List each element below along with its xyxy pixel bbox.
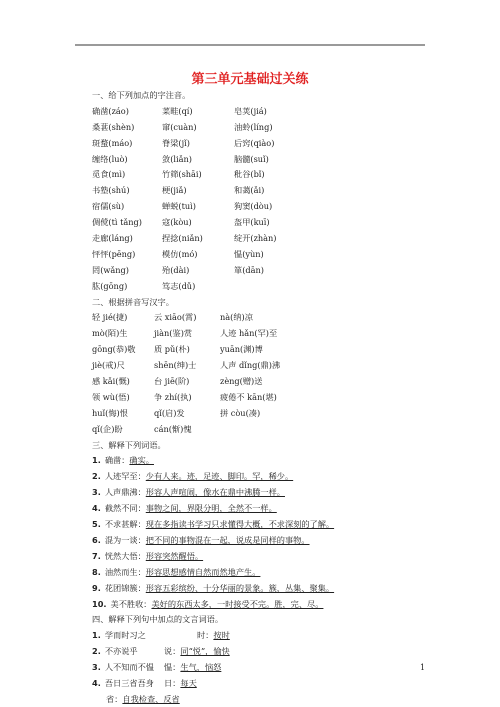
classical-item: 3.人不知而不愠愠：生气，恼怒 xyxy=(92,660,432,676)
section3-items: 1.确凿：确实。2.人迹罕至：少有人来。迹，足迹、脚印。罕，稀少。3.人声鼎沸：… xyxy=(92,453,432,612)
pinyin-row: 宿儒(sù)蝉蜕(tuì)狗窦(dòu) xyxy=(92,199,432,215)
header-rule xyxy=(75,44,425,46)
pinyin-cell: 菜畦(qí) xyxy=(162,104,193,120)
hanzi-row: 轻 jié(捷)云 xiāo(霄)nà(纳)凉 xyxy=(92,310,432,326)
definition: 形容五彩缤纷、十分华丽的景象。簇，丛集、聚集。 xyxy=(146,583,334,593)
word-explanation: 省：自我检查、反省 xyxy=(106,692,180,707)
pinyin-cell: 罔(wǎng) xyxy=(92,263,129,279)
pinyin-cell: 油蛉(líng) xyxy=(234,120,273,136)
item-number: 7. xyxy=(92,551,101,561)
pinyin-cell: 箪(dān) xyxy=(234,263,264,279)
pinyin-cell: 殆(dài) xyxy=(162,263,189,279)
hanzi-row: jiè(戒)尺shēn(绅)士人声 dǐng(鼎)沸 xyxy=(92,358,432,374)
item-number: 9. xyxy=(92,583,101,593)
item-number: 2. xyxy=(92,471,101,481)
definition: 事物之间，界限分明，全然不一样。 xyxy=(146,503,277,513)
hanzi-cell: 轻 jié(捷) xyxy=(92,310,127,326)
hanzi-cell: 疲倦不 kān(堪) xyxy=(220,390,277,406)
pinyin-row: 怦怦(pēng)模仿(mó)愠(yùn) xyxy=(92,247,432,263)
definition: 把不同的事物混在一起，说成是同样的事物。 xyxy=(146,535,310,545)
hanzi-cell: 云 xiāo(霄) xyxy=(154,310,196,326)
item-number: 4. xyxy=(92,678,101,688)
hanzi-cell: qǐ(企)盼 xyxy=(92,422,123,438)
classical-item: 2.不亦说乎说：同“悦”，愉快 xyxy=(92,644,432,660)
pinyin-cell: 敛(liǎn) xyxy=(162,152,192,168)
term: 混为一谈： xyxy=(105,535,146,545)
term: 花团锦簇： xyxy=(105,583,146,593)
item-number: 8. xyxy=(92,567,101,577)
pinyin-cell: 盔甲(kuī) xyxy=(234,215,270,231)
pinyin-cell: 宿儒(sù) xyxy=(92,199,124,215)
meaning: 每天 xyxy=(180,678,196,688)
definition-item: 1.确凿：确实。 xyxy=(92,453,432,469)
section4-items: 1.学而时习之时：按时2.不亦说乎说：同“悦”，愉快3.人不知而不愠愠：生气，恼… xyxy=(92,628,432,707)
pinyin-cell: 捏捻(niǎn) xyxy=(162,231,203,247)
page-number: 1 xyxy=(420,663,425,672)
hanzi-cell: 台 jiē(阶) xyxy=(154,374,189,390)
term: 确凿： xyxy=(105,455,130,465)
pinyin-cell: 桑葚(shèn) xyxy=(92,120,134,136)
pinyin-row: 缠络(luò)敛(liǎn)脑髓(suǐ) xyxy=(92,152,432,168)
hanzi-cell: huǐ(悔)恨 xyxy=(92,406,128,422)
item-number: 3. xyxy=(92,487,101,497)
sentence: 人不知而不愠 xyxy=(105,662,154,672)
pinyin-cell: 倜傥(tì tǎng) xyxy=(92,215,142,231)
pinyin-cell: 秕谷(bǐ) xyxy=(234,167,265,183)
hanzi-cell: 人声 dǐng(鼎)沸 xyxy=(220,358,280,374)
term: 油然而生： xyxy=(105,567,146,577)
page-title: 第三单元基础过关练 xyxy=(0,68,500,87)
meaning: 自我检查、反省 xyxy=(122,694,179,704)
word: 愠： xyxy=(164,662,180,672)
pinyin-cell: 模仿(mó) xyxy=(162,247,197,263)
pinyin-cell: 书塾(shú) xyxy=(92,183,130,199)
section1-rows: 确凿(záo)菜畦(qí)皂荚(jiá)桑葚(shèn)窜(cuàn)油蛉(lí… xyxy=(92,104,432,295)
pinyin-cell: 缠络(luò) xyxy=(92,152,128,168)
hanzi-row: 领 wù(悟)争 zhí(执)疲倦不 kān(堪) xyxy=(92,390,432,406)
pinyin-cell: 斑蝥(máo) xyxy=(92,136,132,152)
section4-heading: 四、解释下列句中加点的文言词语。 xyxy=(92,612,432,628)
hanzi-cell: 拼 còu(凑) xyxy=(220,406,260,422)
hanzi-cell: yuān(渊)博 xyxy=(220,342,263,358)
pinyin-cell: 和蔼(ǎi) xyxy=(234,183,264,199)
definition: 形容人声喧闹，像水在鼎中沸腾一样。 xyxy=(146,487,285,497)
pinyin-cell: 脑髓(suǐ) xyxy=(234,152,269,168)
pinyin-cell: 竹筛(shāi) xyxy=(162,167,202,183)
item-number: 10. xyxy=(92,599,107,609)
pinyin-row: 走廊(láng)捏捻(niǎn)绽开(zhàn) xyxy=(92,231,432,247)
item-number: 6. xyxy=(92,535,101,545)
pinyin-row: 倜傥(tì tǎng)寇(kòu)盔甲(kuī) xyxy=(92,215,432,231)
hanzi-cell: shēn(绅)士 xyxy=(154,358,196,374)
hanzi-row: huǐ(悔)恨qǐ(启)发拼 còu(凑) xyxy=(92,406,432,422)
definition: 少有人来。迹，足迹、脚印。罕，稀少。 xyxy=(146,471,293,481)
item-number: 3. xyxy=(92,662,101,672)
classical-item: 1.学而时习之时：按时 xyxy=(92,628,432,644)
hanzi-row: 感 kǎi(慨)台 jiē(阶)zèng(赠)送 xyxy=(92,374,432,390)
definition-item: 2.人迹罕至：少有人来。迹，足迹、脚印。罕，稀少。 xyxy=(92,469,432,485)
word: 时： xyxy=(197,630,213,640)
pinyin-row: 觅食(mì)竹筛(shāi)秕谷(bǐ) xyxy=(92,167,432,183)
definition-item: 10.美不胜收：美好的东西太多，一时接受不完。胜，完、尽。 xyxy=(92,597,432,613)
hanzi-cell: zèng(赠)送 xyxy=(220,374,262,390)
definition: 确实。 xyxy=(129,455,154,465)
definition-item: 4.截然不同：事物之间，界限分明，全然不一样。 xyxy=(92,501,432,517)
hanzi-cell: 争 zhí(执) xyxy=(154,390,192,406)
hanzi-cell: 感 kǎi(慨) xyxy=(92,374,130,390)
pinyin-cell: 脊梁(jǐ) xyxy=(162,136,190,152)
word: 说： xyxy=(164,646,180,656)
term: 美不胜收： xyxy=(111,599,152,609)
pinyin-cell: 蝉蜕(tuì) xyxy=(162,199,196,215)
word-explanation: 愠：生气，恼怒 xyxy=(164,660,221,676)
hanzi-cell: 质 pǔ(朴) xyxy=(154,342,190,358)
pinyin-cell: 绽开(zhàn) xyxy=(234,231,277,247)
pinyin-cell: 狗窦(dòu) xyxy=(234,199,272,215)
item-number: 5. xyxy=(92,519,101,529)
definition-item: 9.花团锦簇：形容五彩缤纷、十分华丽的景象。簇，丛集、聚集。 xyxy=(92,581,432,597)
sentence: 吾日三省吾身 xyxy=(105,678,154,688)
hanzi-cell: cán(惭)愧 xyxy=(154,422,192,438)
pinyin-cell: 怦怦(pēng) xyxy=(92,247,135,263)
definition-item: 7.恍然大悟：形容突然醒悟。 xyxy=(92,549,432,565)
pinyin-row: 桑葚(shèn)窜(cuàn)油蛉(líng) xyxy=(92,120,432,136)
pinyin-row: 肱(gōng)笃志(dǔ) xyxy=(92,279,432,295)
pinyin-cell: 窜(cuàn) xyxy=(162,120,197,136)
hanzi-cell: 领 wù(悟) xyxy=(92,390,130,406)
hanzi-cell: mò(陌)生 xyxy=(92,326,127,342)
definition-item: 6.混为一谈：把不同的事物混在一起，说成是同样的事物。 xyxy=(92,533,432,549)
term: 人声鼎沸： xyxy=(105,487,146,497)
item-number: 1. xyxy=(92,455,101,465)
definition: 美好的东西太多，一时接受不完。胜，完、尽。 xyxy=(151,599,323,609)
definition: 现在多指读书学习只求懂得大概，不求深刻的了解。 xyxy=(146,519,334,529)
pinyin-cell: 觅食(mì) xyxy=(92,167,125,183)
sentence: 不亦说乎 xyxy=(105,646,138,656)
section2-rows: 轻 jié(捷)云 xiāo(霄)nà(纳)凉mò(陌)生jiàn(鉴)赏人迹 … xyxy=(92,310,432,437)
pinyin-cell: 梗(jiǎ) xyxy=(162,183,187,199)
word-explanation: 说：同“悦”，愉快 xyxy=(164,644,230,660)
hanzi-cell: jiàn(鉴)赏 xyxy=(154,326,192,342)
term: 人迹罕至： xyxy=(105,471,146,481)
word: 省： xyxy=(106,694,122,704)
sentence: 学而时习之 xyxy=(105,630,146,640)
definition: 形容思想感情自然而然地产生。 xyxy=(146,567,261,577)
pinyin-row: 斑蝥(máo)脊梁(jǐ)后窍(qiào) xyxy=(92,136,432,152)
hanzi-cell: nà(纳)凉 xyxy=(220,310,253,326)
classical-item: 省：自我检查、反省 xyxy=(92,692,432,707)
section1-heading: 一、给下列加点的字注音。 xyxy=(92,88,432,104)
section3-heading: 三、解释下列词语。 xyxy=(92,438,432,454)
pinyin-cell: 走廊(láng) xyxy=(92,231,133,247)
word-explanation: 时：按时 xyxy=(197,628,230,644)
section2-heading: 二、根据拼音写汉字。 xyxy=(92,295,432,311)
definition-item: 8.油然而生：形容思想感情自然而然地产生。 xyxy=(92,565,432,581)
hanzi-row: gōng(恭)敬质 pǔ(朴)yuān(渊)博 xyxy=(92,342,432,358)
meaning: 按时 xyxy=(213,630,229,640)
worksheet-body: 一、给下列加点的字注音。 确凿(záo)菜畦(qí)皂荚(jiá)桑葚(shèn… xyxy=(92,88,432,707)
classical-item: 4.吾日三省吾身日：每天 xyxy=(92,676,432,692)
pinyin-cell: 肱(gōng) xyxy=(92,279,127,295)
pinyin-cell: 寇(kòu) xyxy=(162,215,192,231)
term: 截然不同： xyxy=(105,503,146,513)
term: 不求甚解： xyxy=(105,519,146,529)
term: 恍然大悟： xyxy=(105,551,146,561)
pinyin-row: 书塾(shú)梗(jiǎ)和蔼(ǎi) xyxy=(92,183,432,199)
pinyin-cell: 笃志(dǔ) xyxy=(162,279,195,295)
pinyin-row: 罔(wǎng)殆(dài)箪(dān) xyxy=(92,263,432,279)
item-number: 2. xyxy=(92,646,101,656)
hanzi-row: qǐ(企)盼cán(惭)愧 xyxy=(92,422,432,438)
word-explanation: 日：每天 xyxy=(164,676,197,692)
item-number: 4. xyxy=(92,503,101,513)
meaning: 生气，恼怒 xyxy=(180,662,221,672)
hanzi-cell: jiè(戒)尺 xyxy=(92,358,125,374)
pinyin-cell: 皂荚(jiá) xyxy=(234,104,267,120)
meaning: 同“悦”，愉快 xyxy=(180,646,229,656)
hanzi-cell: qǐ(启)发 xyxy=(154,406,185,422)
definition: 形容突然醒悟。 xyxy=(146,551,203,561)
pinyin-cell: 愠(yùn) xyxy=(234,247,264,263)
hanzi-cell: 人迹 hǎn(罕)至 xyxy=(220,326,277,342)
definition-item: 5.不求甚解：现在多指读书学习只求懂得大概，不求深刻的了解。 xyxy=(92,517,432,533)
item-number: 1. xyxy=(92,630,101,640)
word: 日： xyxy=(164,678,180,688)
hanzi-row: mò(陌)生jiàn(鉴)赏人迹 hǎn(罕)至 xyxy=(92,326,432,342)
definition-item: 3.人声鼎沸：形容人声喧闹，像水在鼎中沸腾一样。 xyxy=(92,485,432,501)
pinyin-cell: 确凿(záo) xyxy=(92,104,129,120)
pinyin-row: 确凿(záo)菜畦(qí)皂荚(jiá) xyxy=(92,104,432,120)
hanzi-cell: gōng(恭)敬 xyxy=(92,342,135,358)
pinyin-cell: 后窍(qiào) xyxy=(234,136,274,152)
